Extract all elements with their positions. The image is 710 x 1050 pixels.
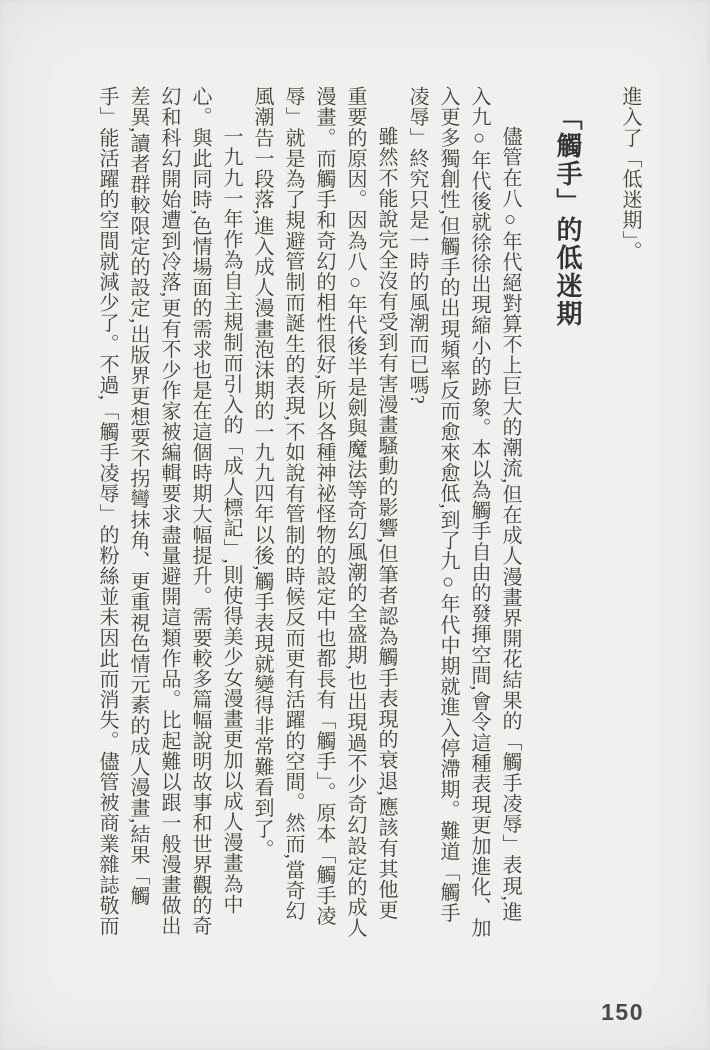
paragraph-3-line-4: 差異,讀者群較限定的設定,出版界更想要不拐彎抹角、更重視色情元素的成人漫畫,結果… xyxy=(122,86,153,978)
paragraph-2-line-4: 辱」就是為了規避管制而誕生的表現,不如說有管制的時候反而更有活躍的空間。然而,當… xyxy=(277,86,308,978)
paragraph-2-line-2: 重要的原因。因為八○年代後半是劍與魔法等奇幻風潮的全盛期,也出現過不少奇幻設定的… xyxy=(339,86,370,978)
book-page: 進入了「低迷期」。 「觸手」的低迷期 儘管在八○年代絕對算不上巨大的潮流,但在成… xyxy=(0,0,710,1050)
paragraph-2-line-1: 雖然不能說完全沒有受到有害漫畫騷動的影響,但筆者認為觸手表現的衰退,應該有其他更 xyxy=(370,86,401,978)
continuation-line: 進入了「低迷期」。 xyxy=(613,86,646,978)
paragraph-1-line-2: 入九○年代後就徐徐出現縮小的跡象。本以為觸手自由的發揮空間,會令這種表現更加進化… xyxy=(463,86,494,978)
paragraph-1-line-1: 儘管在八○年代絕對算不上巨大的潮流,但在成人漫畫界開花結果的「觸手凌辱」表現,進 xyxy=(494,86,525,978)
vertical-text-block: 進入了「低迷期」。 「觸手」的低迷期 儘管在八○年代絕對算不上巨大的潮流,但在成… xyxy=(91,86,646,978)
paragraph-1-line-3: 入更多獨創性,但觸手的出現頻率反而愈來愈低,到了九○年代中期就進入停滯期。難道「… xyxy=(432,86,463,978)
paragraph-3-line-2: 心。與此同時,色情場面的需求也是在這個時期大幅提升。需要較多篇幅說明故事和世界觀… xyxy=(184,86,215,978)
page-number: 150 xyxy=(601,999,644,1026)
paragraph-3-line-5: 手」能活躍的空間就減少了。不過,「觸手凌辱」的粉絲並未因此而消失。儘管被商業雜誌… xyxy=(91,86,122,978)
paragraph-3-line-1: 一九九一年作為自主規制而引入的「成人標記」,則使得美少女漫畫更加以成人漫畫為中 xyxy=(215,86,246,978)
paragraph-2-line-5: 風潮告一段落,進入成人漫畫泡沫期的一九九四年以後,觸手表現就變得非常難看到了。 xyxy=(246,86,277,978)
paragraph-3-line-3: 幻和科幻開始遭到冷落,更有不少作家被編輯要求盡量避開這類作品。比起難以跟一般漫畫… xyxy=(153,86,184,978)
paragraph-1-line-4: 凌辱」終究只是一時的風潮而已嗎? xyxy=(401,86,432,978)
section-heading: 「觸手」的低迷期 xyxy=(547,86,587,978)
paragraph-2-line-3: 漫畫。而觸手和奇幻的相性很好,所以各種神祕怪物的設定中也都長有「觸手」。原本「觸… xyxy=(308,86,339,978)
